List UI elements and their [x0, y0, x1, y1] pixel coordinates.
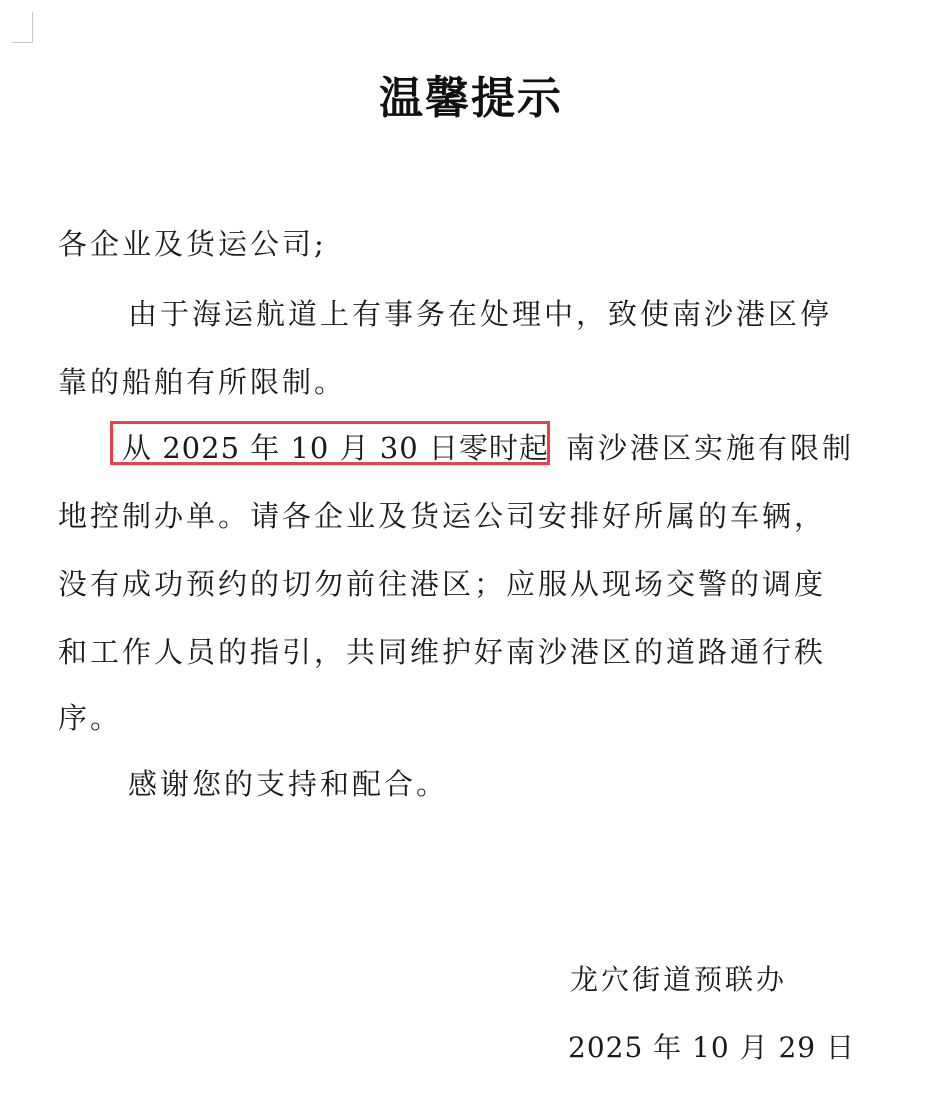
paragraph1-line1: 由于海运航道上有事务在处理中，致使南沙港区停 — [128, 292, 832, 333]
signature-organization: 龙穴街道预联办 — [570, 958, 787, 998]
salutation: 各企业及货运公司; — [58, 222, 327, 263]
paragraph2-line2: 地控制办单。请各企业及货运公司安排好所属的车辆， — [58, 494, 826, 535]
signature-date: 2025 年 10 月 29 日 — [568, 1026, 855, 1066]
paragraph2-line5: 序。 — [58, 696, 122, 737]
paragraph2-line4: 和工作人员的指引，共同维护好南沙港区的道路通行秩 — [58, 630, 826, 671]
paragraph1-line2: 靠的船舶有所限制。 — [58, 360, 346, 401]
paragraph2-line1-rest: 南沙港区实施有限制 — [566, 426, 854, 467]
document-title: 温馨提示 — [0, 62, 942, 126]
highlighted-date-text: 从 2025 年 10 月 30 日零时起 — [122, 426, 549, 467]
paragraph2-line3: 没有成功预约的切勿前往港区；应服从现场交警的调度 — [58, 562, 826, 603]
page-corner-mark — [12, 12, 33, 43]
closing-line: 感谢您的支持和配合。 — [128, 762, 448, 803]
